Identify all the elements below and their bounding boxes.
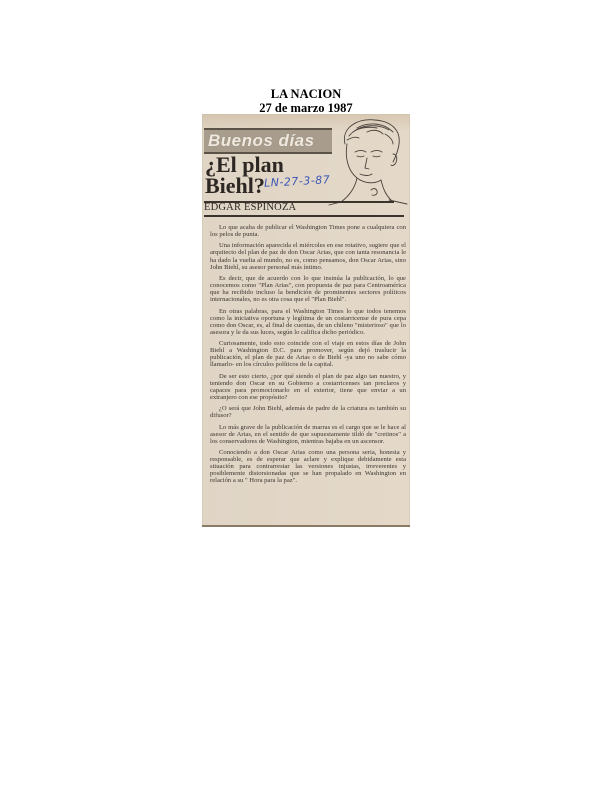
section-banner-text: Buenos días (208, 131, 315, 151)
article-paragraph: En otras palabras, para el Washington Ti… (210, 308, 406, 336)
article-paragraph: ¿O será que John Biehl, además de padre … (210, 405, 406, 419)
section-banner: Buenos días (204, 128, 332, 154)
article-paragraph: Conociendo a don Oscar Arias como una pe… (210, 449, 406, 484)
portrait-sketch-icon (327, 114, 410, 206)
article-paragraph: Es decir, que de acuerdo con lo que insi… (210, 275, 406, 303)
publication-name: LA NACION (0, 87, 612, 101)
byline-rule-bottom (204, 215, 404, 217)
article-paragraph: Una información aparecida el miércoles e… (210, 242, 406, 270)
byline: EDGAR ESPINOZA (204, 202, 296, 213)
newspaper-clipping: Buenos días ¿El plan Biehl? LN-27-3-87 E… (202, 114, 410, 527)
headline-line-1: ¿El plan (205, 154, 284, 175)
headline: ¿El plan Biehl? (205, 154, 284, 196)
publication-date: 27 de marzo 1987 (0, 101, 612, 115)
handwritten-date-note: LN-27-3-87 (264, 173, 331, 189)
clipping-bottom-edge (202, 525, 410, 527)
article-paragraph: Lo más grave de la publicación de marras… (210, 424, 406, 445)
article-body: Lo que acaba de publicar el Washington T… (210, 224, 406, 489)
article-paragraph: Curiosamente, todo esto coincide con el … (210, 340, 406, 368)
article-paragraph: De ser esto cierto, ¿por qué siendo el p… (210, 373, 406, 401)
article-paragraph: Lo que acaba de publicar el Washington T… (210, 224, 406, 238)
